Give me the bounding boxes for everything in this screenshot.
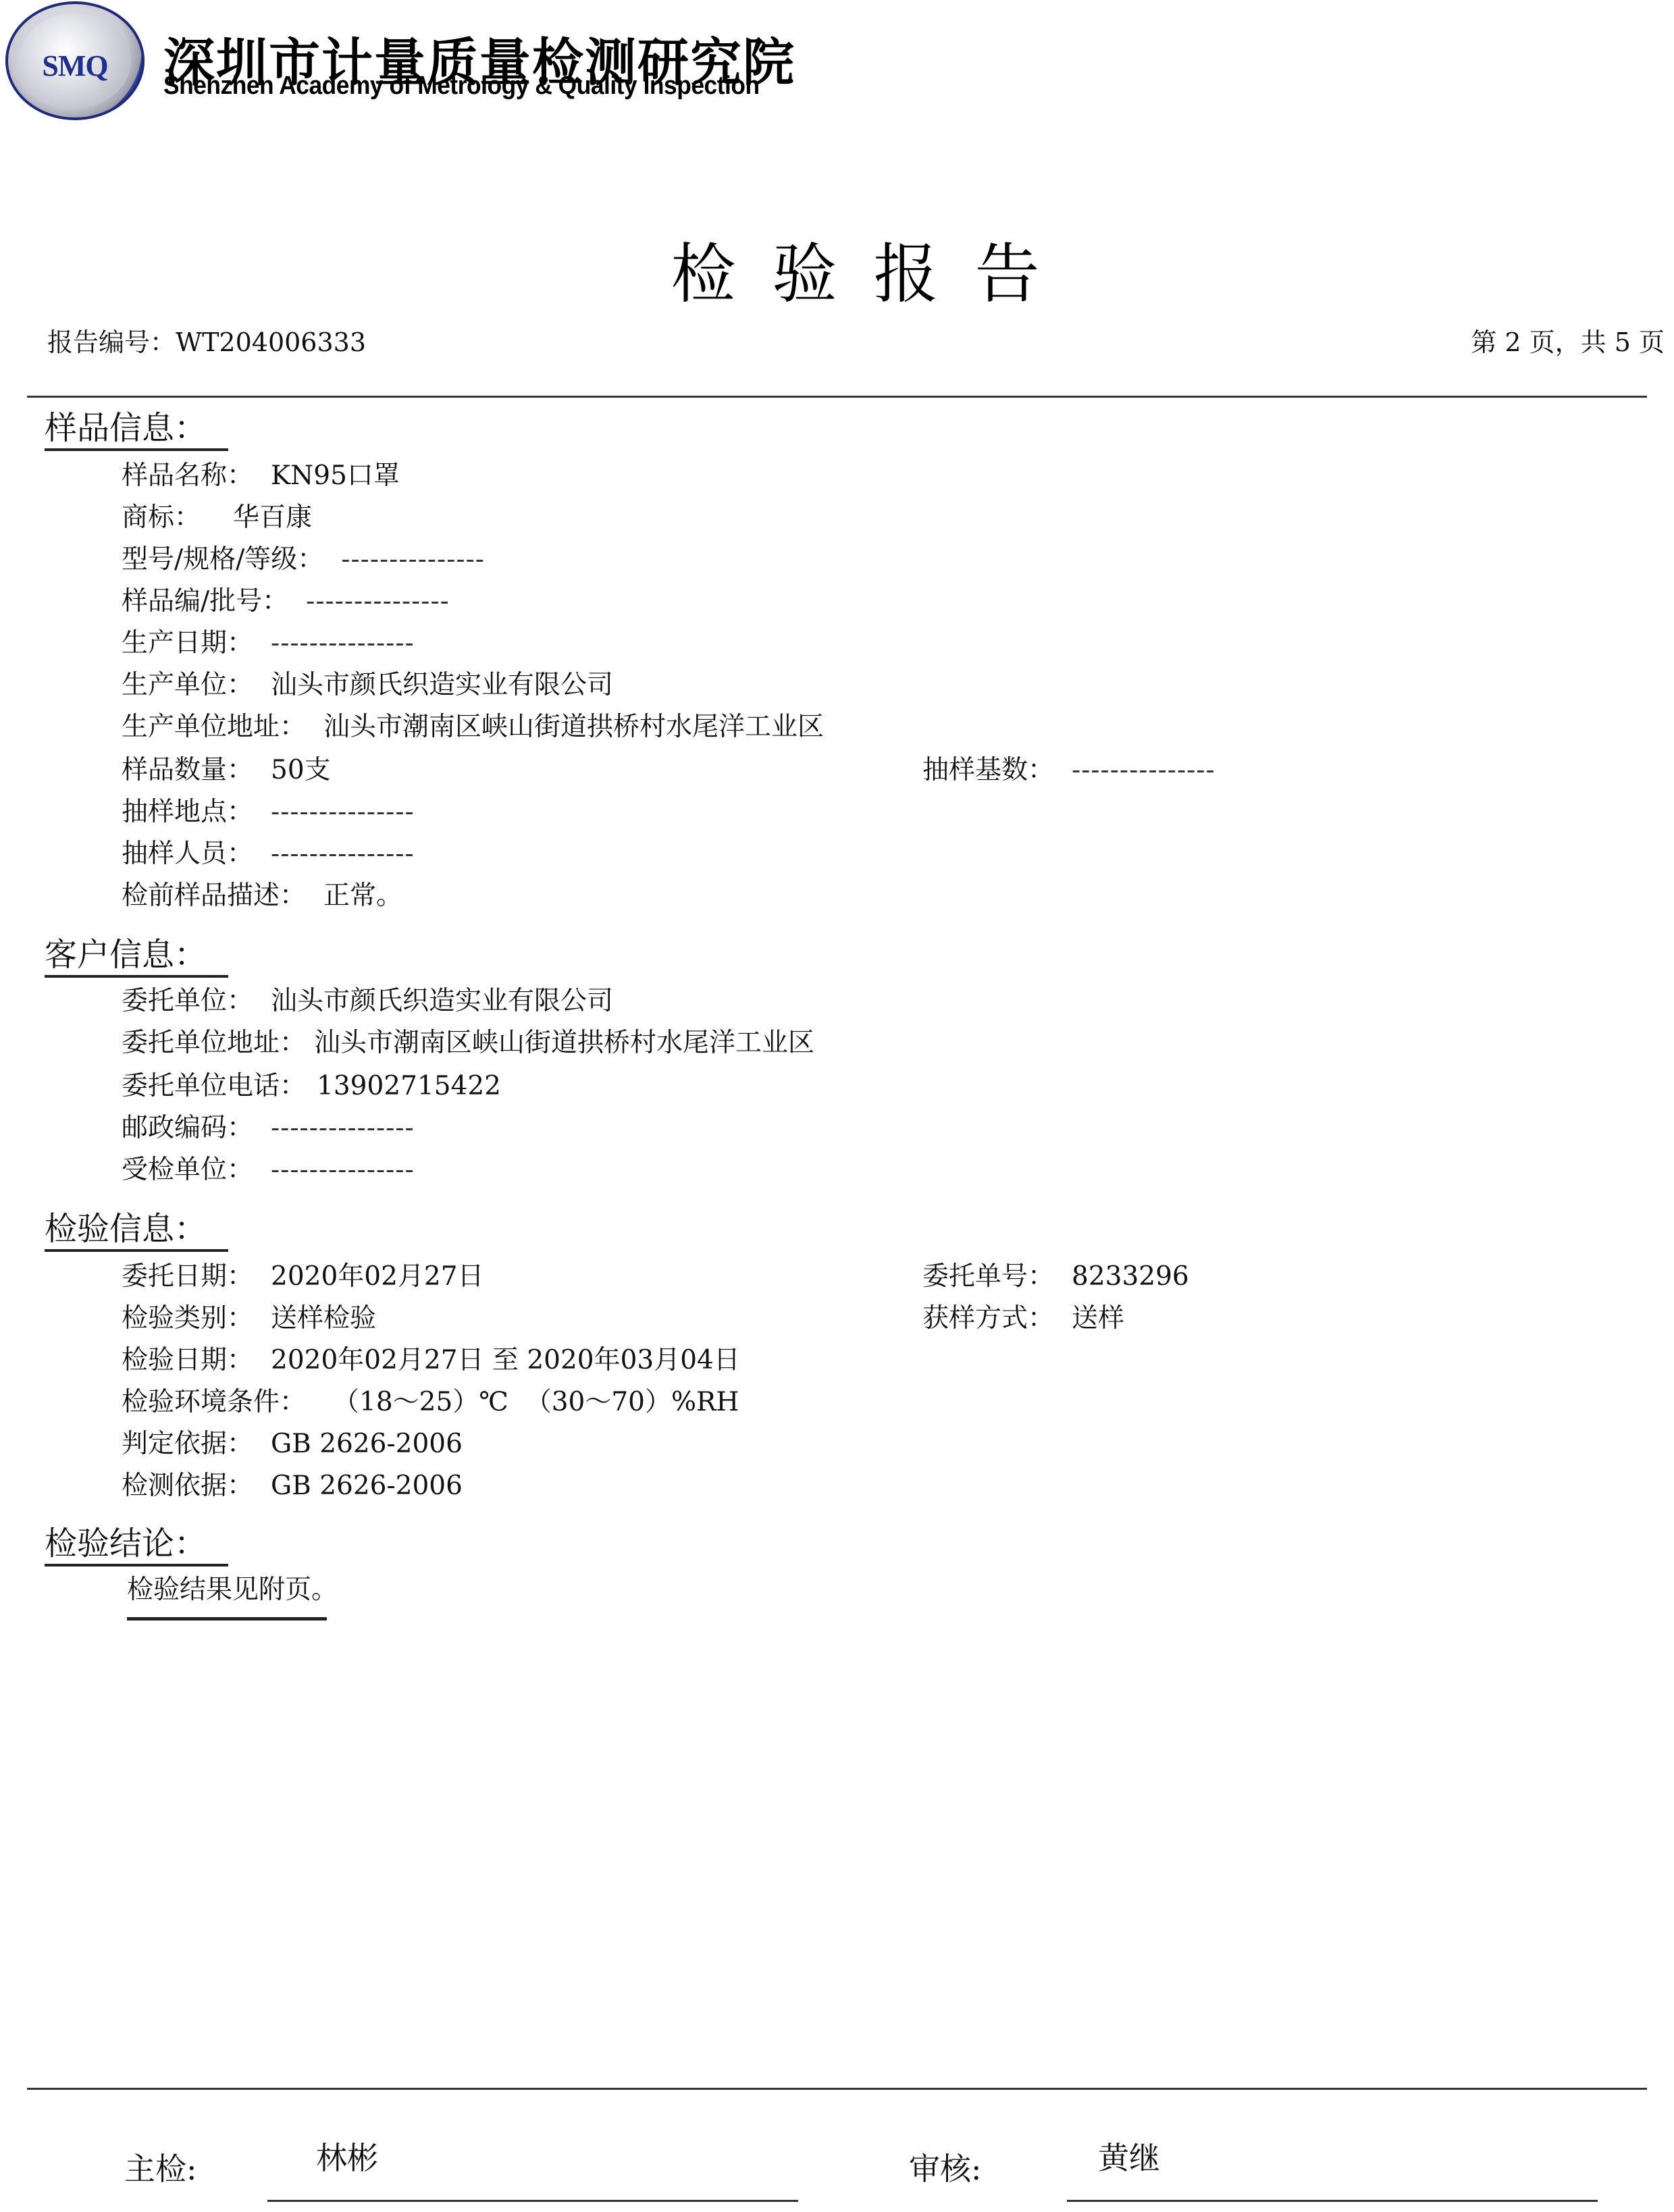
section-heading-client: 客户信息： [45,934,228,978]
field-label: 生产单位地址： [122,710,306,744]
field-value: --------------- [271,1111,415,1145]
field-label: 生产日期： [122,627,253,660]
field-label: 委托日期： [122,1260,253,1294]
field-inspection-date: 检验日期：2020年02月27日 至 2020年03月04日 [122,1344,740,1377]
field-client-phone: 委托单位电话：13902715422 [122,1070,501,1103]
logo-globe: SMQ [19,14,131,108]
inspector-signature-line [267,2200,798,2202]
field-test-basis: 检测依据：GB 2626-2006 [122,1469,463,1503]
field-sample-quantity: 样品数量：50支 [122,754,331,787]
field-value: GB 2626-2006 [271,1469,463,1503]
org-name-en: Shenzhen Academy of Metrology & Quality … [163,72,760,101]
field-label: 抽样地点： [122,795,253,829]
field-client: 委托单位：汕头市颜氏织造实业有限公司 [122,984,613,1018]
field-label: 型号/规格/等级： [122,543,323,577]
field-value: --------------- [341,543,485,577]
field-value: 8233296 [1072,1260,1189,1294]
page-info: 第 2 页，共 5 页 [1471,321,1665,359]
logo-abbr: SMQ [19,49,131,83]
field-value: 汕头市颜氏织造实业有限公司 [271,668,613,702]
field-client-address: 委托单位地址：汕头市潮南区峡山街道拱桥村水尾洋工业区 [122,1026,814,1060]
reviewer-label: 审核: [909,2144,982,2189]
field-inspected-unit: 受检单位：--------------- [122,1153,415,1187]
field-label: 检前样品描述： [122,879,306,913]
field-judgment-basis: 判定依据：GB 2626-2006 [122,1427,463,1461]
field-value: KN95口罩 [271,459,400,493]
field-value: --------------- [271,627,415,660]
inspector-label: 主检: [124,2144,197,2189]
field-label: 受检单位： [122,1153,253,1187]
field-model: 型号/规格/等级：--------------- [122,543,485,577]
field-value: 13902715422 [317,1070,501,1103]
field-label: 样品名称： [122,459,253,493]
field-batch: 样品编/批号：--------------- [122,585,450,618]
field-value: --------------- [271,837,415,871]
field-manufacturer: 生产单位：汕头市颜氏织造实业有限公司 [122,668,613,702]
field-value: 2020年02月27日 至 2020年03月04日 [271,1344,740,1377]
section-heading-conclusion: 检验结论： [45,1523,228,1566]
field-label: 判定依据： [122,1427,253,1461]
report-number-label: 报告编号： [47,327,176,357]
field-label: 检验日期： [122,1344,253,1377]
field-label: 生产单位： [122,668,253,702]
field-manufacturer-address: 生产单位地址：汕头市潮南区峡山街道拱桥村水尾洋工业区 [122,710,824,744]
field-trademark: 商标：华百康 [122,501,312,535]
field-label: 样品编/批号： [122,585,288,618]
field-value: --------------- [271,1153,415,1187]
report-number-value: WT204006333 [176,327,366,357]
conclusion-text: 检验结果见附页。 [127,1573,338,1607]
field-value: GB 2626-2006 [271,1427,463,1461]
field-label: 委托单号： [922,1260,1054,1294]
reviewer-signature-line [1067,2200,1598,2202]
field-sampling-location: 抽样地点：--------------- [122,795,415,829]
field-commission-date: 委托日期：2020年02月27日 [122,1260,484,1294]
field-value: 送样 [1072,1302,1124,1336]
field-sampling-base: 抽样基数：--------------- [922,754,1215,787]
field-value: 正常。 [323,879,402,913]
field-label: 检验环境条件： [122,1386,306,1419]
field-value: 华百康 [233,501,312,535]
field-production-date: 生产日期：--------------- [122,627,415,660]
field-sample-name: 样品名称：KN95口罩 [122,459,400,493]
field-label: 抽样基数： [922,754,1054,787]
org-logo-seal: SMQ [5,1,145,120]
section-heading-sample: 样品信息： [45,408,228,451]
field-sampling-method: 获样方式：送样 [922,1302,1124,1336]
field-pre-test-description: 检前样品描述：正常。 [122,879,402,913]
inspector-signature: 林彬 [316,2134,378,2178]
field-environment: 检验环境条件：（18～25）℃ （30～70）%RH [122,1386,739,1419]
field-inspection-type: 检验类别：送样检验 [122,1302,376,1336]
field-value: --------------- [1072,754,1215,787]
field-value: 汕头市潮南区峡山街道拱桥村水尾洋工业区 [323,710,824,744]
reviewer-signature: 黄继 [1098,2134,1160,2178]
page-title: 检验报告 [0,223,1674,315]
field-label: 检验类别： [122,1302,253,1336]
field-postal-code: 邮政编码：--------------- [122,1111,415,1145]
field-label: 样品数量： [122,754,253,787]
conclusion-underline [127,1617,327,1621]
field-value: 送样检验 [271,1302,376,1336]
field-label: 委托单位电话： [122,1070,306,1103]
field-commission-number: 委托单号：8233296 [922,1260,1189,1294]
field-label: 商标： [122,501,201,535]
field-label: 委托单位地址： [122,1026,306,1060]
field-label: 获样方式： [922,1302,1054,1336]
field-value: 汕头市潮南区峡山街道拱桥村水尾洋工业区 [314,1026,814,1060]
field-value: 2020年02月27日 [271,1260,484,1294]
field-value: （18～25）℃ （30～70）%RH [333,1386,739,1419]
field-value: 汕头市颜氏织造实业有限公司 [271,984,613,1018]
header-divider [27,396,1647,398]
field-label: 抽样人员： [122,837,253,871]
field-label: 委托单位： [122,984,253,1018]
field-label: 邮政编码： [122,1111,253,1145]
field-value: 50支 [271,754,331,787]
field-value: --------------- [271,795,415,829]
field-sampler: 抽样人员：--------------- [122,837,415,871]
section-heading-inspection: 检验信息： [45,1209,228,1252]
field-label: 检测依据： [122,1469,253,1503]
footer-divider [27,2088,1647,2090]
report-number: 报告编号：WT204006333 [47,321,366,359]
field-value: --------------- [306,585,450,618]
